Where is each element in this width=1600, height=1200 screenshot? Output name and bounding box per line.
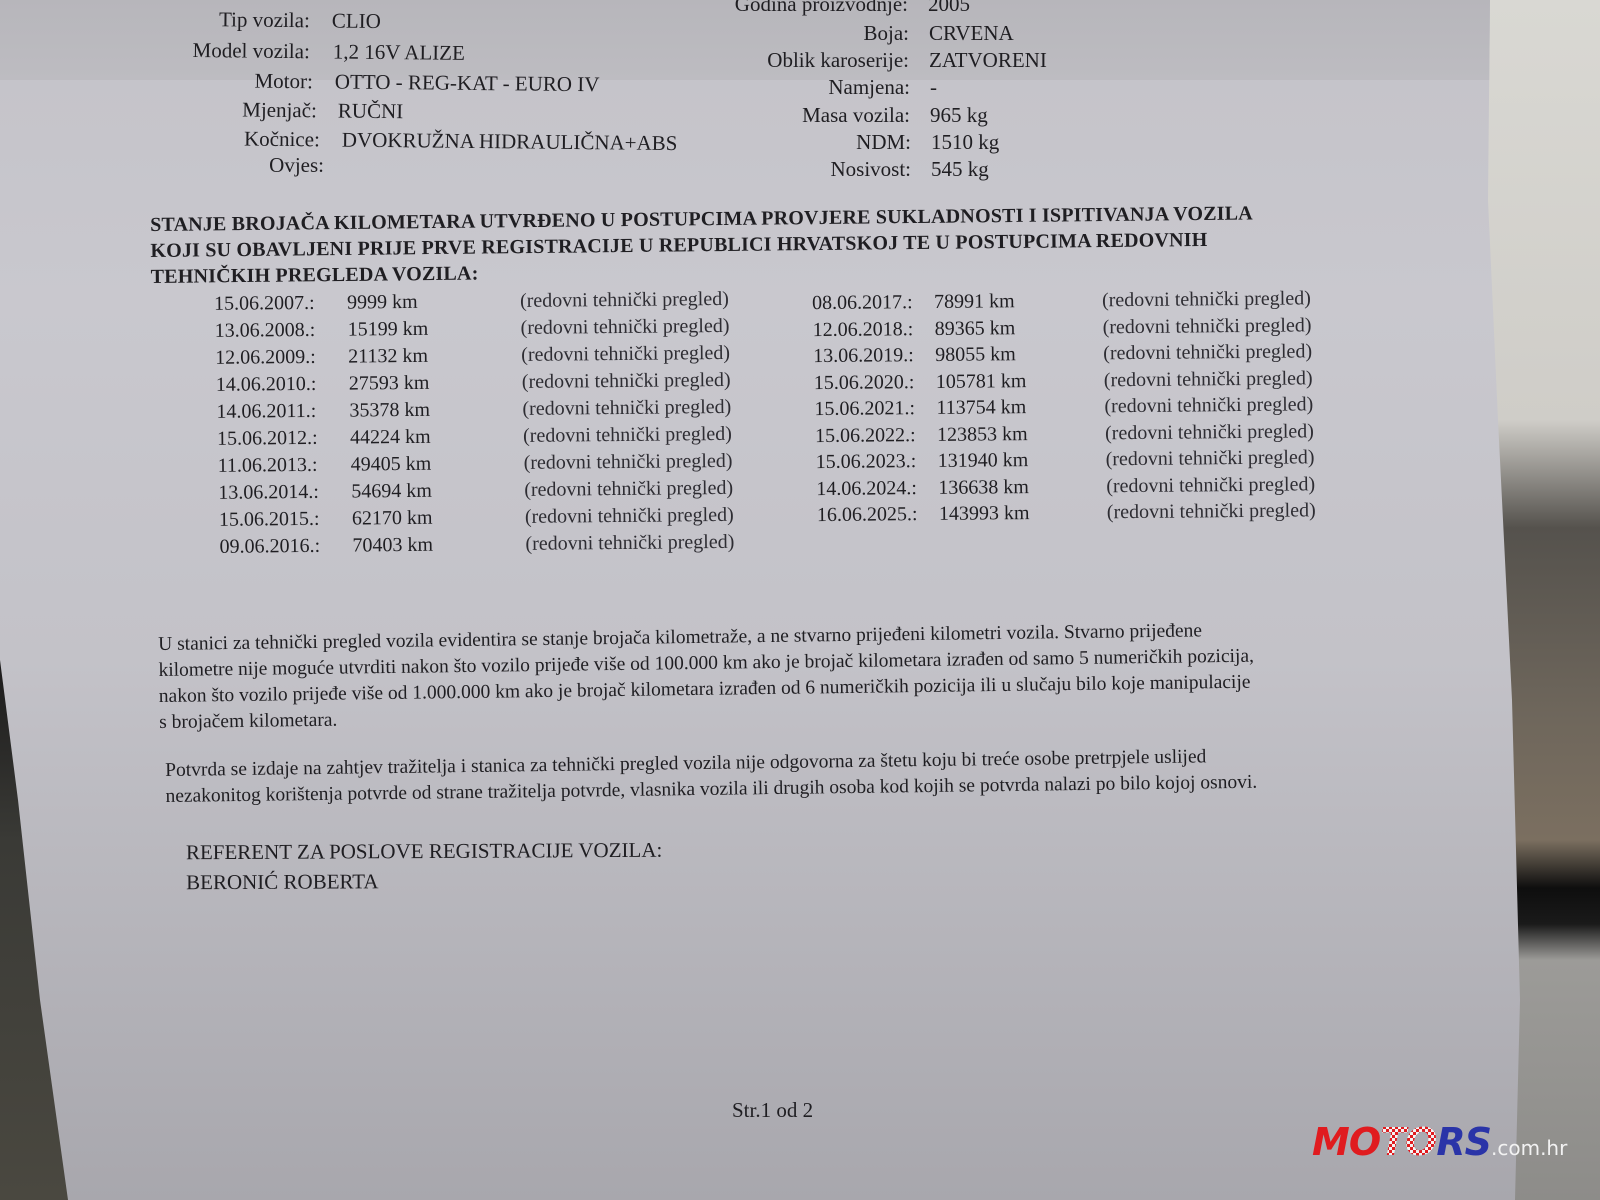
- odometer-heading: STANJE BROJAČA KILOMETARA UTVRĐENO U POS…: [150, 200, 1311, 290]
- record-km: 9999 km: [347, 291, 418, 315]
- record-km: 49405 km: [351, 453, 432, 477]
- record-km: 78991 km: [934, 290, 1015, 314]
- record-date: 13.06.2014.:: [218, 481, 319, 505]
- record-km: 35378 km: [349, 399, 430, 423]
- field-label: Kočnice:: [80, 125, 320, 153]
- record-km: 123853 km: [937, 423, 1028, 447]
- record-km: 54694 km: [351, 480, 432, 504]
- record-km: 136638 km: [938, 476, 1029, 500]
- record-note: (redovni tehnički pregled): [521, 315, 730, 340]
- field-value: ZATVORENI: [929, 48, 1047, 73]
- record-note: (redovni tehnički pregled): [1104, 367, 1313, 392]
- record-date: 12.06.2018.:: [813, 318, 914, 342]
- field-label: Mjenjač:: [77, 96, 317, 124]
- record-note: (redovni tehnički pregled): [522, 369, 731, 394]
- record-km: 44224 km: [350, 426, 431, 450]
- record-km: 113754 km: [936, 396, 1026, 420]
- record-km: 62170 km: [352, 507, 433, 531]
- field-value: 1,2 16V ALIZE: [333, 39, 465, 65]
- record-date: 14.06.2011.:: [216, 400, 316, 424]
- signature-block: REFERENT ZA POSLOVE REGISTRACIJE VOZILA:…: [186, 835, 663, 897]
- motors-watermark-logo: MOTORS.com.hr: [1312, 1120, 1567, 1164]
- record-date: 15.06.2012.:: [217, 427, 318, 451]
- signature-name: BERONIĆ ROBERTA: [186, 865, 663, 897]
- field-label: NDM:: [671, 130, 911, 155]
- record-date: 16.06.2025.:: [817, 503, 918, 527]
- record-km: 70403 km: [352, 534, 433, 558]
- field-value: RUČNI: [338, 99, 404, 125]
- record-km: 27593 km: [349, 372, 430, 396]
- field-label: Oblik karoserije:: [669, 48, 909, 73]
- field-value: CRVENA: [929, 21, 1014, 46]
- field-label: Tip vozila:: [70, 6, 310, 34]
- record-note: (redovni tehnički pregled): [524, 477, 733, 502]
- field-label: Ovjes:: [84, 153, 324, 178]
- field-value: DVOKRUŽNA HIDRAULIČNA+ABS: [342, 128, 678, 157]
- field-label: Boja:: [669, 21, 909, 46]
- signature-title: REFERENT ZA POSLOVE REGISTRACIJE VOZILA:: [186, 835, 663, 867]
- field-value: 1510 kg: [931, 130, 999, 155]
- record-date: 13.06.2019.:: [813, 344, 914, 368]
- record-note: (redovni tehnički pregled): [1102, 287, 1311, 312]
- record-date: 15.06.2015.:: [219, 508, 320, 532]
- record-date: 15.06.2020.:: [814, 371, 915, 395]
- field-value: 965 kg: [930, 103, 988, 128]
- record-km: 98055 km: [935, 343, 1016, 367]
- record-note: (redovni tehnički pregled): [520, 288, 729, 313]
- record-km: 131940 km: [938, 449, 1029, 473]
- record-note: (redovni tehnički pregled): [524, 450, 733, 475]
- record-note: (redovni tehnički pregled): [523, 423, 732, 448]
- record-note: (redovni tehnički pregled): [1103, 314, 1312, 339]
- watermark-part-red: MO: [1312, 1120, 1380, 1164]
- record-km: 143993 km: [939, 502, 1030, 526]
- field-value: 2005: [928, 0, 970, 17]
- record-date: 15.06.2023.:: [816, 450, 917, 474]
- record-date: 15.06.2021.:: [814, 397, 915, 421]
- field-label: Motor:: [73, 67, 313, 95]
- field-label: Masa vozila:: [670, 103, 910, 128]
- record-note: (redovni tehnički pregled): [1106, 473, 1315, 498]
- record-km: 105781 km: [936, 370, 1027, 394]
- field-value: CLIO: [332, 8, 381, 34]
- record-km: 89365 km: [935, 317, 1016, 341]
- field-label: Nosivost:: [671, 157, 911, 182]
- record-date: 08.06.2017.:: [812, 291, 913, 315]
- field-label: Model vozila:: [70, 37, 310, 65]
- record-date: 14.06.2010.:: [216, 373, 317, 397]
- page-number: Str.1 od 2: [732, 1098, 813, 1123]
- disclaimer-odometer: U stanici za tehnički pregled vozila evi…: [158, 618, 1255, 736]
- record-date: 09.06.2016.:: [219, 535, 320, 559]
- record-date: 11.06.2013.:: [218, 454, 318, 478]
- record-note: (redovni tehnički pregled): [1103, 340, 1312, 365]
- field-value: 545 kg: [931, 157, 989, 182]
- record-note: (redovni tehnički pregled): [522, 396, 731, 421]
- record-note: (redovni tehnički pregled): [1107, 499, 1316, 524]
- disclaimer-liability: Potvrda se izdaje na zahtjev tražitelja …: [165, 744, 1257, 810]
- document-page: Tip vozila: CLIO Model vozila: 1,2 16V A…: [0, 0, 1600, 1200]
- field-label: Namjena:: [670, 75, 910, 100]
- field-label: Godina proizvodnje:: [668, 0, 908, 17]
- record-note: (redovni tehnički pregled): [1104, 393, 1313, 418]
- record-date: 13.06.2008.:: [215, 319, 316, 343]
- watermark-part-checkered: TO: [1380, 1120, 1436, 1164]
- record-note: (redovni tehnički pregled): [521, 342, 730, 367]
- field-value: OTTO - REG-KAT - EURO IV: [335, 70, 600, 98]
- record-date: 15.06.2022.:: [815, 424, 916, 448]
- record-note: (redovni tehnički pregled): [525, 504, 734, 529]
- record-note: (redovni tehnički pregled): [525, 531, 734, 556]
- watermark-part-blue: RS: [1436, 1120, 1491, 1164]
- record-km: 15199 km: [348, 318, 429, 342]
- record-note: (redovni tehnički pregled): [1106, 446, 1315, 471]
- record-date: 12.06.2009.:: [215, 346, 316, 370]
- field-value: -: [930, 75, 937, 100]
- record-note: (redovni tehnički pregled): [1105, 420, 1314, 445]
- record-date: 14.06.2024.:: [816, 477, 917, 501]
- record-date: 15.06.2007.:: [214, 292, 315, 316]
- watermark-domain: .com.hr: [1491, 1136, 1567, 1160]
- record-km: 21132 km: [348, 345, 428, 369]
